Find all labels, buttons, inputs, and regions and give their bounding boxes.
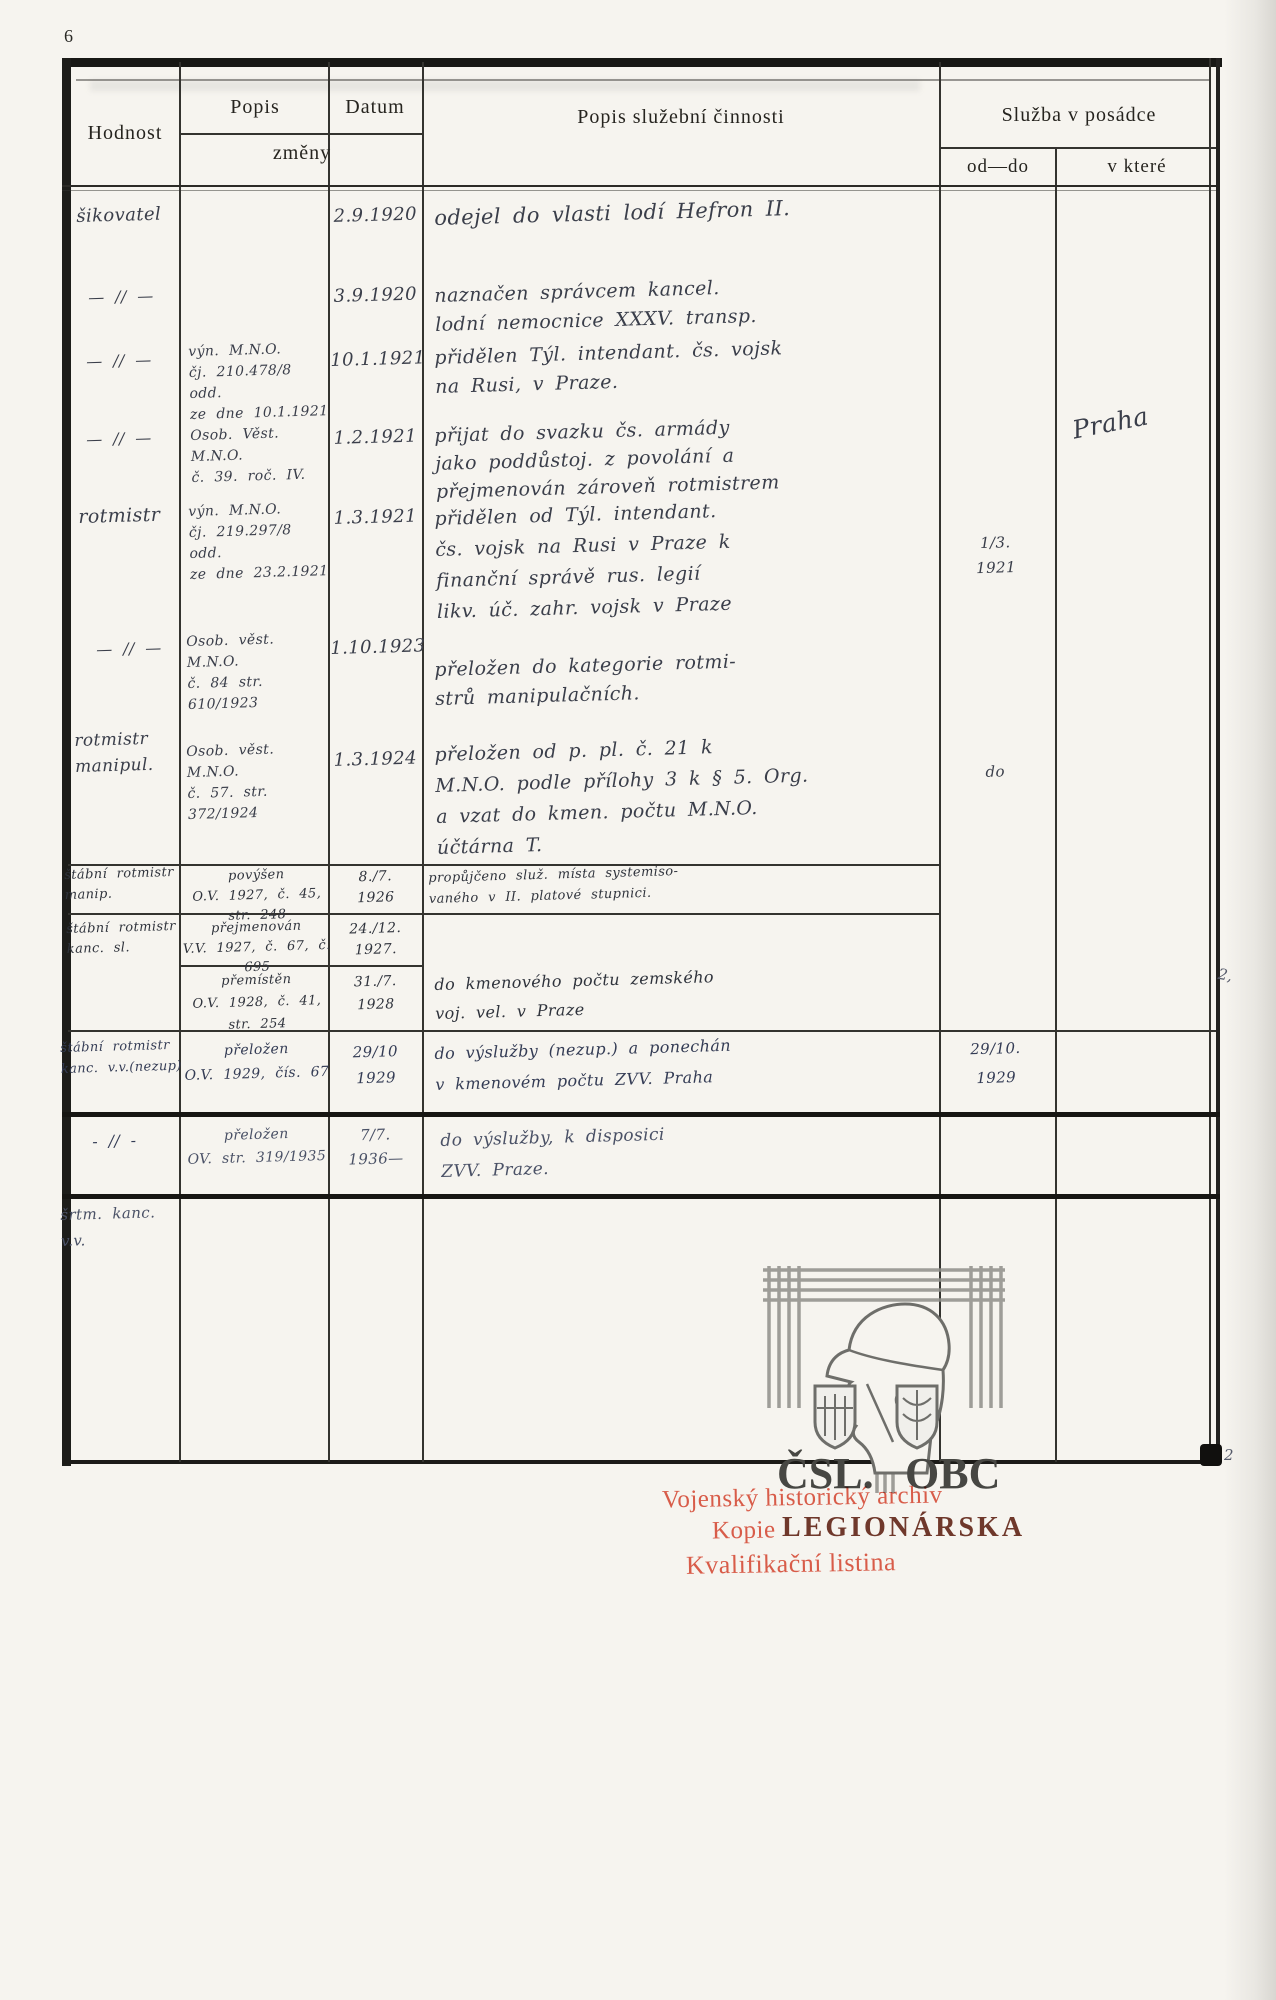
header-subrule-sluzba: [940, 147, 1216, 149]
header-bottom-rule: [62, 185, 1216, 187]
cell-change: Osob. věst. M.N.O. č. 57. str. 372/1924: [186, 738, 330, 826]
scan-edge-shadow: [1224, 0, 1276, 2000]
cell-activity: do kmenového počtu zemského voj. vel. v …: [434, 956, 935, 1028]
cell-activity: přeložen od p. pl. č. 21 k M.N.O. podle …: [434, 726, 937, 864]
header-subrule-popis-datum: [180, 133, 422, 135]
header-vktere: v které: [1058, 156, 1216, 178]
cell-from-to: 29/10. 1929: [945, 1033, 1047, 1094]
cell-rank: štábní rotmistr kanc. sl.: [66, 917, 189, 960]
watermark-legion-name: LEGIONÁRSKA: [782, 1512, 1025, 1544]
cell-date: 1.2.1921: [330, 425, 421, 449]
cell-rank: štábní rotmistr manip.: [64, 863, 187, 906]
cell-change: přemístěn O.V. 1928, č. 41, str. 254: [182, 968, 332, 1038]
page-number: 6: [64, 26, 73, 47]
bleed-through-artifact: [90, 80, 920, 91]
cell-activity: přidělen od Týl. intendant. čs. vojsk na…: [434, 490, 937, 628]
archive-stamp-line1: Vojenský historický archiv: [662, 1482, 943, 1515]
cell-rank: — // —: [86, 428, 152, 449]
cell-activity: propůjčeno služ. místa systemiso- vaného…: [428, 854, 939, 910]
row-rule-thick-bottom: [62, 1194, 1220, 1199]
cell-change: přeložen O.V. 1929, čís. 67: [182, 1036, 331, 1088]
cell-rank: šikovatel: [76, 204, 161, 227]
cell-rank: rotmistr: [78, 504, 161, 528]
cell-date: 24./12. 1927.: [330, 917, 421, 961]
cell-date: 8./7. 1926: [330, 865, 421, 909]
scanned-document-page: { "page": { "number": "6" }, "table": { …: [0, 0, 1276, 2000]
table-border-right-outer: [1216, 58, 1220, 1464]
cell-change: výn. M.N.O. čj. 210.478/8 odd. ze dne 10…: [188, 338, 330, 426]
cell-activity: odejel do vlasti lodí Hefron II.: [434, 192, 934, 230]
row-rule-thick-1936: [62, 1112, 1220, 1117]
header-datum: Datum: [330, 96, 420, 119]
cell-date: 10.1.1921: [330, 347, 421, 371]
table-border-top: [62, 58, 1222, 67]
cell-change: výn. M.N.O. čj. 219.297/8 odd. ze dne 23…: [188, 498, 330, 586]
cell-rank: — // —: [96, 638, 162, 659]
cell-change: přeložen OV. str. 319/1935: [182, 1122, 331, 1172]
cell-date: 1.3.1921: [330, 505, 421, 529]
header-hodnost: Hodnost: [70, 122, 180, 145]
cell-date: 3.9.1920: [330, 283, 421, 307]
table-border-left: [62, 58, 71, 1466]
column-divider-datum: [422, 62, 424, 1462]
cell-date: 29/10 1929: [330, 1037, 421, 1091]
cell-rank: — // —: [88, 286, 154, 307]
cell-rank: šrtm. kanc. v.v.: [60, 1199, 156, 1254]
cell-date: 7/7. 1936—: [330, 1121, 421, 1171]
header-zmeny: změny: [182, 142, 422, 165]
cell-from-to: do: [945, 761, 1045, 782]
header-popis: Popis: [186, 96, 324, 119]
cell-from-to: 1/3. 1921: [945, 529, 1046, 582]
cell-change: Osob. Věst. M.N.O. č. 39. roč. IV.: [190, 422, 332, 489]
cell-date: 1.10.1923: [330, 635, 421, 659]
header-cinnost: Popis služební činnosti: [424, 106, 938, 129]
cell-date: 2.9.1920: [330, 203, 421, 227]
header-bottom-rule-2: [62, 190, 1216, 191]
cell-activity: do výslužby, k disposici ZVV. Praze.: [440, 1113, 922, 1188]
cell-rank: - // -: [92, 1131, 137, 1151]
cell-activity: naznačen správcem kancel. lodní nemocnic…: [434, 268, 935, 340]
cell-garrison: Praha: [1070, 401, 1151, 444]
cell-activity: do výslužby (nezup.) a ponechán v kmenov…: [434, 1024, 936, 1100]
header-oddo: od—do: [942, 156, 1054, 178]
cell-rank: štábní rotmistr kanc. v.v.(nezup): [60, 1034, 191, 1080]
archive-stamp-line2: Kopie: [712, 1516, 776, 1545]
cell-rank: rotmistr manipul.: [74, 726, 154, 780]
table-border-right-inner: [1209, 58, 1211, 1464]
archive-stamp-line3: Kvalifikační listina: [686, 1547, 897, 1581]
corner-ink-blob: [1200, 1444, 1222, 1466]
header-sluzba: Služba v posádce: [942, 104, 1216, 127]
cell-date: 31./7. 1928: [330, 969, 421, 1017]
cell-activity: přeložen do kategorie rotmi- strů manipu…: [434, 642, 935, 714]
column-divider-cinnost: [939, 62, 941, 1462]
column-divider-hodnost: [179, 62, 181, 1462]
cell-date: 1.3.1924: [330, 747, 421, 771]
cell-activity: přidělen Týl. intendant. čs. vojsk na Ru…: [434, 330, 935, 402]
cell-rank: — // —: [86, 350, 152, 371]
table-inner-top-line: [76, 79, 1210, 81]
cell-change: Osob. věst. M.N.O. č. 84 str. 610/1923: [186, 628, 330, 716]
